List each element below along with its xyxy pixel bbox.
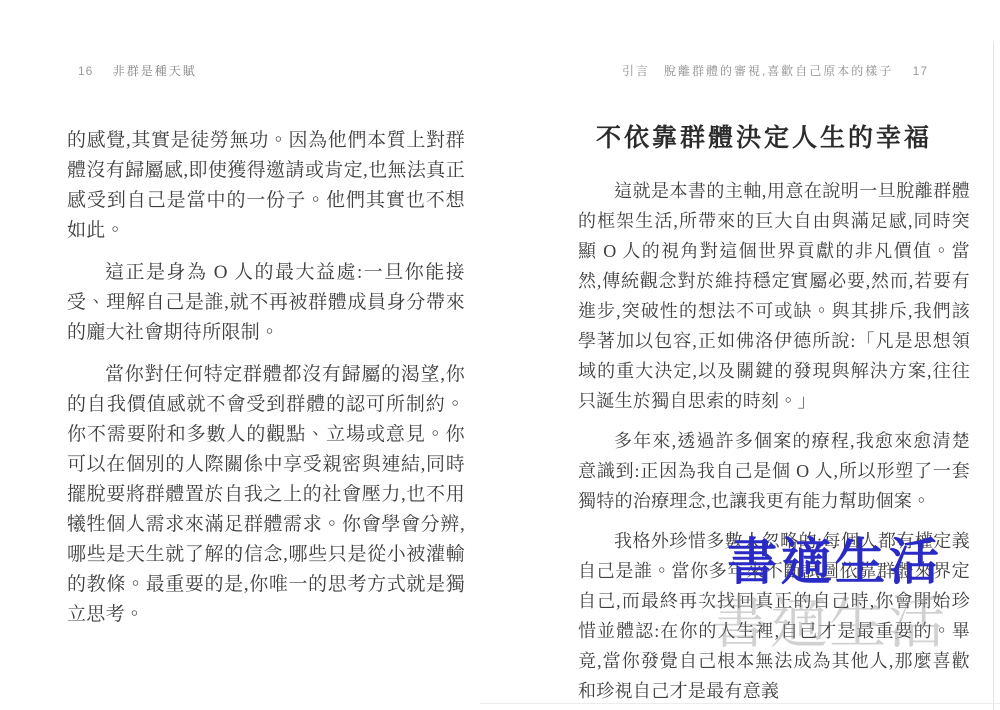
right-paragraph-1: 這就是本書的主軸,用意在說明一旦脫離群體的框架生活,所帶來的巨大自由與滿足感,同… <box>578 176 970 416</box>
left-page-header: 16 非群是種天賦 <box>78 62 197 79</box>
left-paragraph-1: 的感覺,其實是徒勞無功。因為他們本質上對群體沒有歸屬感,即使獲得邀請或肯定,也無… <box>67 126 465 246</box>
right-paragraph-3: 我格外珍惜多數人忽略的:每個人都有權定義自己是誰。當你多年來不斷試圖依靠群體來界… <box>578 526 970 706</box>
right-running-title: 引言 脫離群體的審視,喜歡自己原本的樣子 <box>622 64 893 78</box>
right-page-header: 引言 脫離群體的審視,喜歡自己原本的樣子 17 <box>622 62 928 79</box>
section-heading: 不依靠群體決定人生的幸福 <box>596 122 970 156</box>
scan-edge-line-right <box>993 42 994 710</box>
left-paragraph-2: 這正是身為 O 人的最大益處:一旦你能接受、理解自己是誰,就不再被群體成員身分帶… <box>67 258 465 348</box>
right-page-number: 17 <box>913 64 928 78</box>
right-page-body: 不依靠群體決定人生的幸福 這就是本書的主軸,用意在說明一旦脫離群體的框架生活,所… <box>578 122 970 710</box>
left-paragraph-3: 當你對任何特定群體都沒有歸屬的渴望,你的自我價值感就不會受到群體的認可所制約。你… <box>67 360 465 630</box>
scan-edge-line-bottom <box>480 703 1000 704</box>
right-paragraph-2: 多年來,透過許多個案的療程,我愈來愈清楚意識到:正因為我自己是個 O 人,所以形… <box>578 426 970 516</box>
left-page-body: 的感覺,其實是徒勞無功。因為他們本質上對群體沒有歸屬感,即使獲得邀請或肯定,也無… <box>67 126 465 642</box>
left-running-title: 非群是種天賦 <box>113 64 197 78</box>
left-page-number: 16 <box>78 64 93 78</box>
